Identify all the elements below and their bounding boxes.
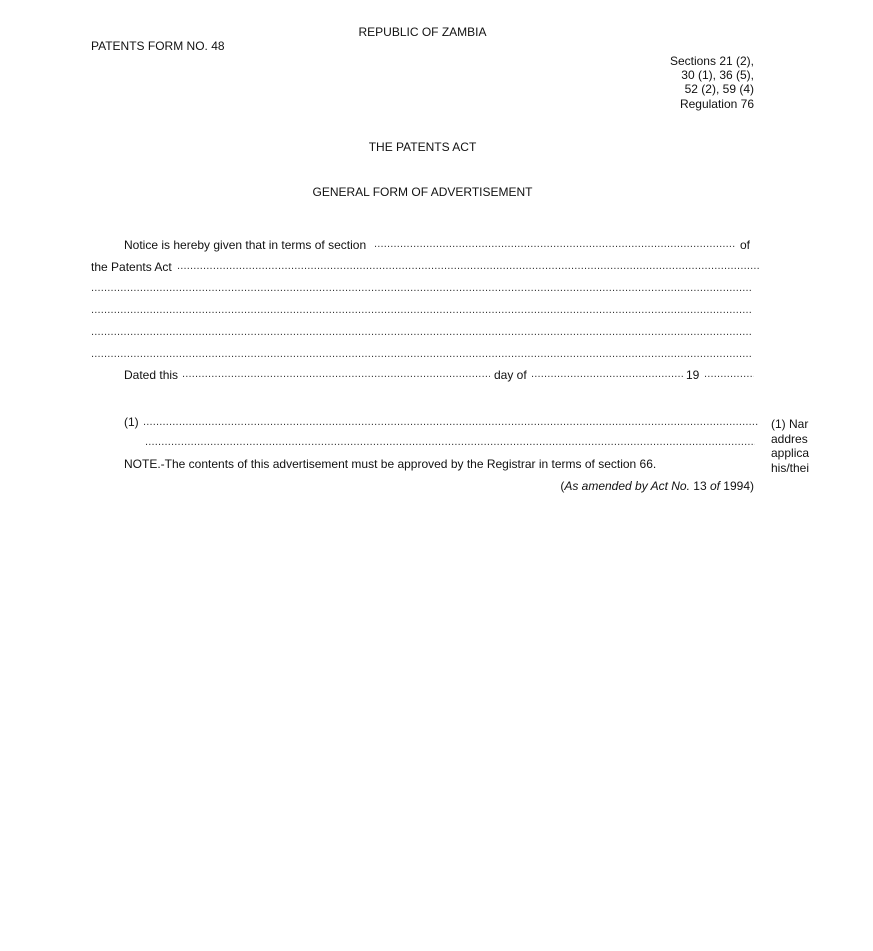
regulation-reference: Regulation 76 (680, 97, 754, 111)
notice-text-field-2[interactable] (91, 282, 753, 296)
amendment-italic: As amended by Act No. (564, 479, 690, 493)
section-reference-1: Sections 21 (2), (670, 54, 754, 68)
form-number: PATENTS FORM NO. 48 (91, 39, 225, 53)
notice-text-field-3[interactable] (91, 304, 753, 318)
notice-text-field-5[interactable] (91, 348, 753, 362)
amendment-year: 1994) (720, 479, 754, 493)
amendment-note: (As amended by Act No. 13 of 1994) (560, 479, 754, 493)
month-field[interactable] (531, 368, 683, 382)
approval-note: NOTE.-The contents of this advertisement… (124, 457, 656, 471)
section-reference-2: 30 (1), 36 (5), (681, 68, 754, 82)
country-heading: REPUBLIC OF ZAMBIA (0, 25, 845, 39)
year-prefix: 19 (686, 368, 699, 382)
year-field[interactable] (704, 368, 754, 382)
side-note: (1) Nar addres applica his/thei (771, 417, 809, 477)
side-note-line: his/thei (771, 461, 809, 476)
day-field[interactable] (182, 368, 490, 382)
form-subtitle: GENERAL FORM OF ADVERTISEMENT (0, 185, 845, 199)
section-number-field[interactable] (374, 238, 736, 252)
signature-marker: (1) (124, 415, 139, 429)
act-title: THE PATENTS ACT (0, 140, 845, 154)
act-label: the Patents Act (91, 260, 172, 274)
amendment-of: of (710, 479, 720, 493)
amendment-number: 13 (690, 479, 710, 493)
signature-field-2[interactable] (145, 436, 755, 450)
notice-text-field-1[interactable] (177, 260, 760, 274)
notice-prefix: Notice is hereby given that in terms of … (124, 238, 366, 252)
notice-suffix: of (740, 238, 750, 252)
notice-text-field-4[interactable] (91, 326, 753, 340)
day-of-label: day of (494, 368, 527, 382)
side-note-line: (1) Nar (771, 417, 809, 432)
dated-label: Dated this (124, 368, 178, 382)
side-note-line: addres (771, 432, 809, 447)
section-reference-3: 52 (2), 59 (4) (685, 82, 754, 96)
side-note-line: applica (771, 446, 809, 461)
signature-field-1[interactable] (143, 416, 759, 430)
